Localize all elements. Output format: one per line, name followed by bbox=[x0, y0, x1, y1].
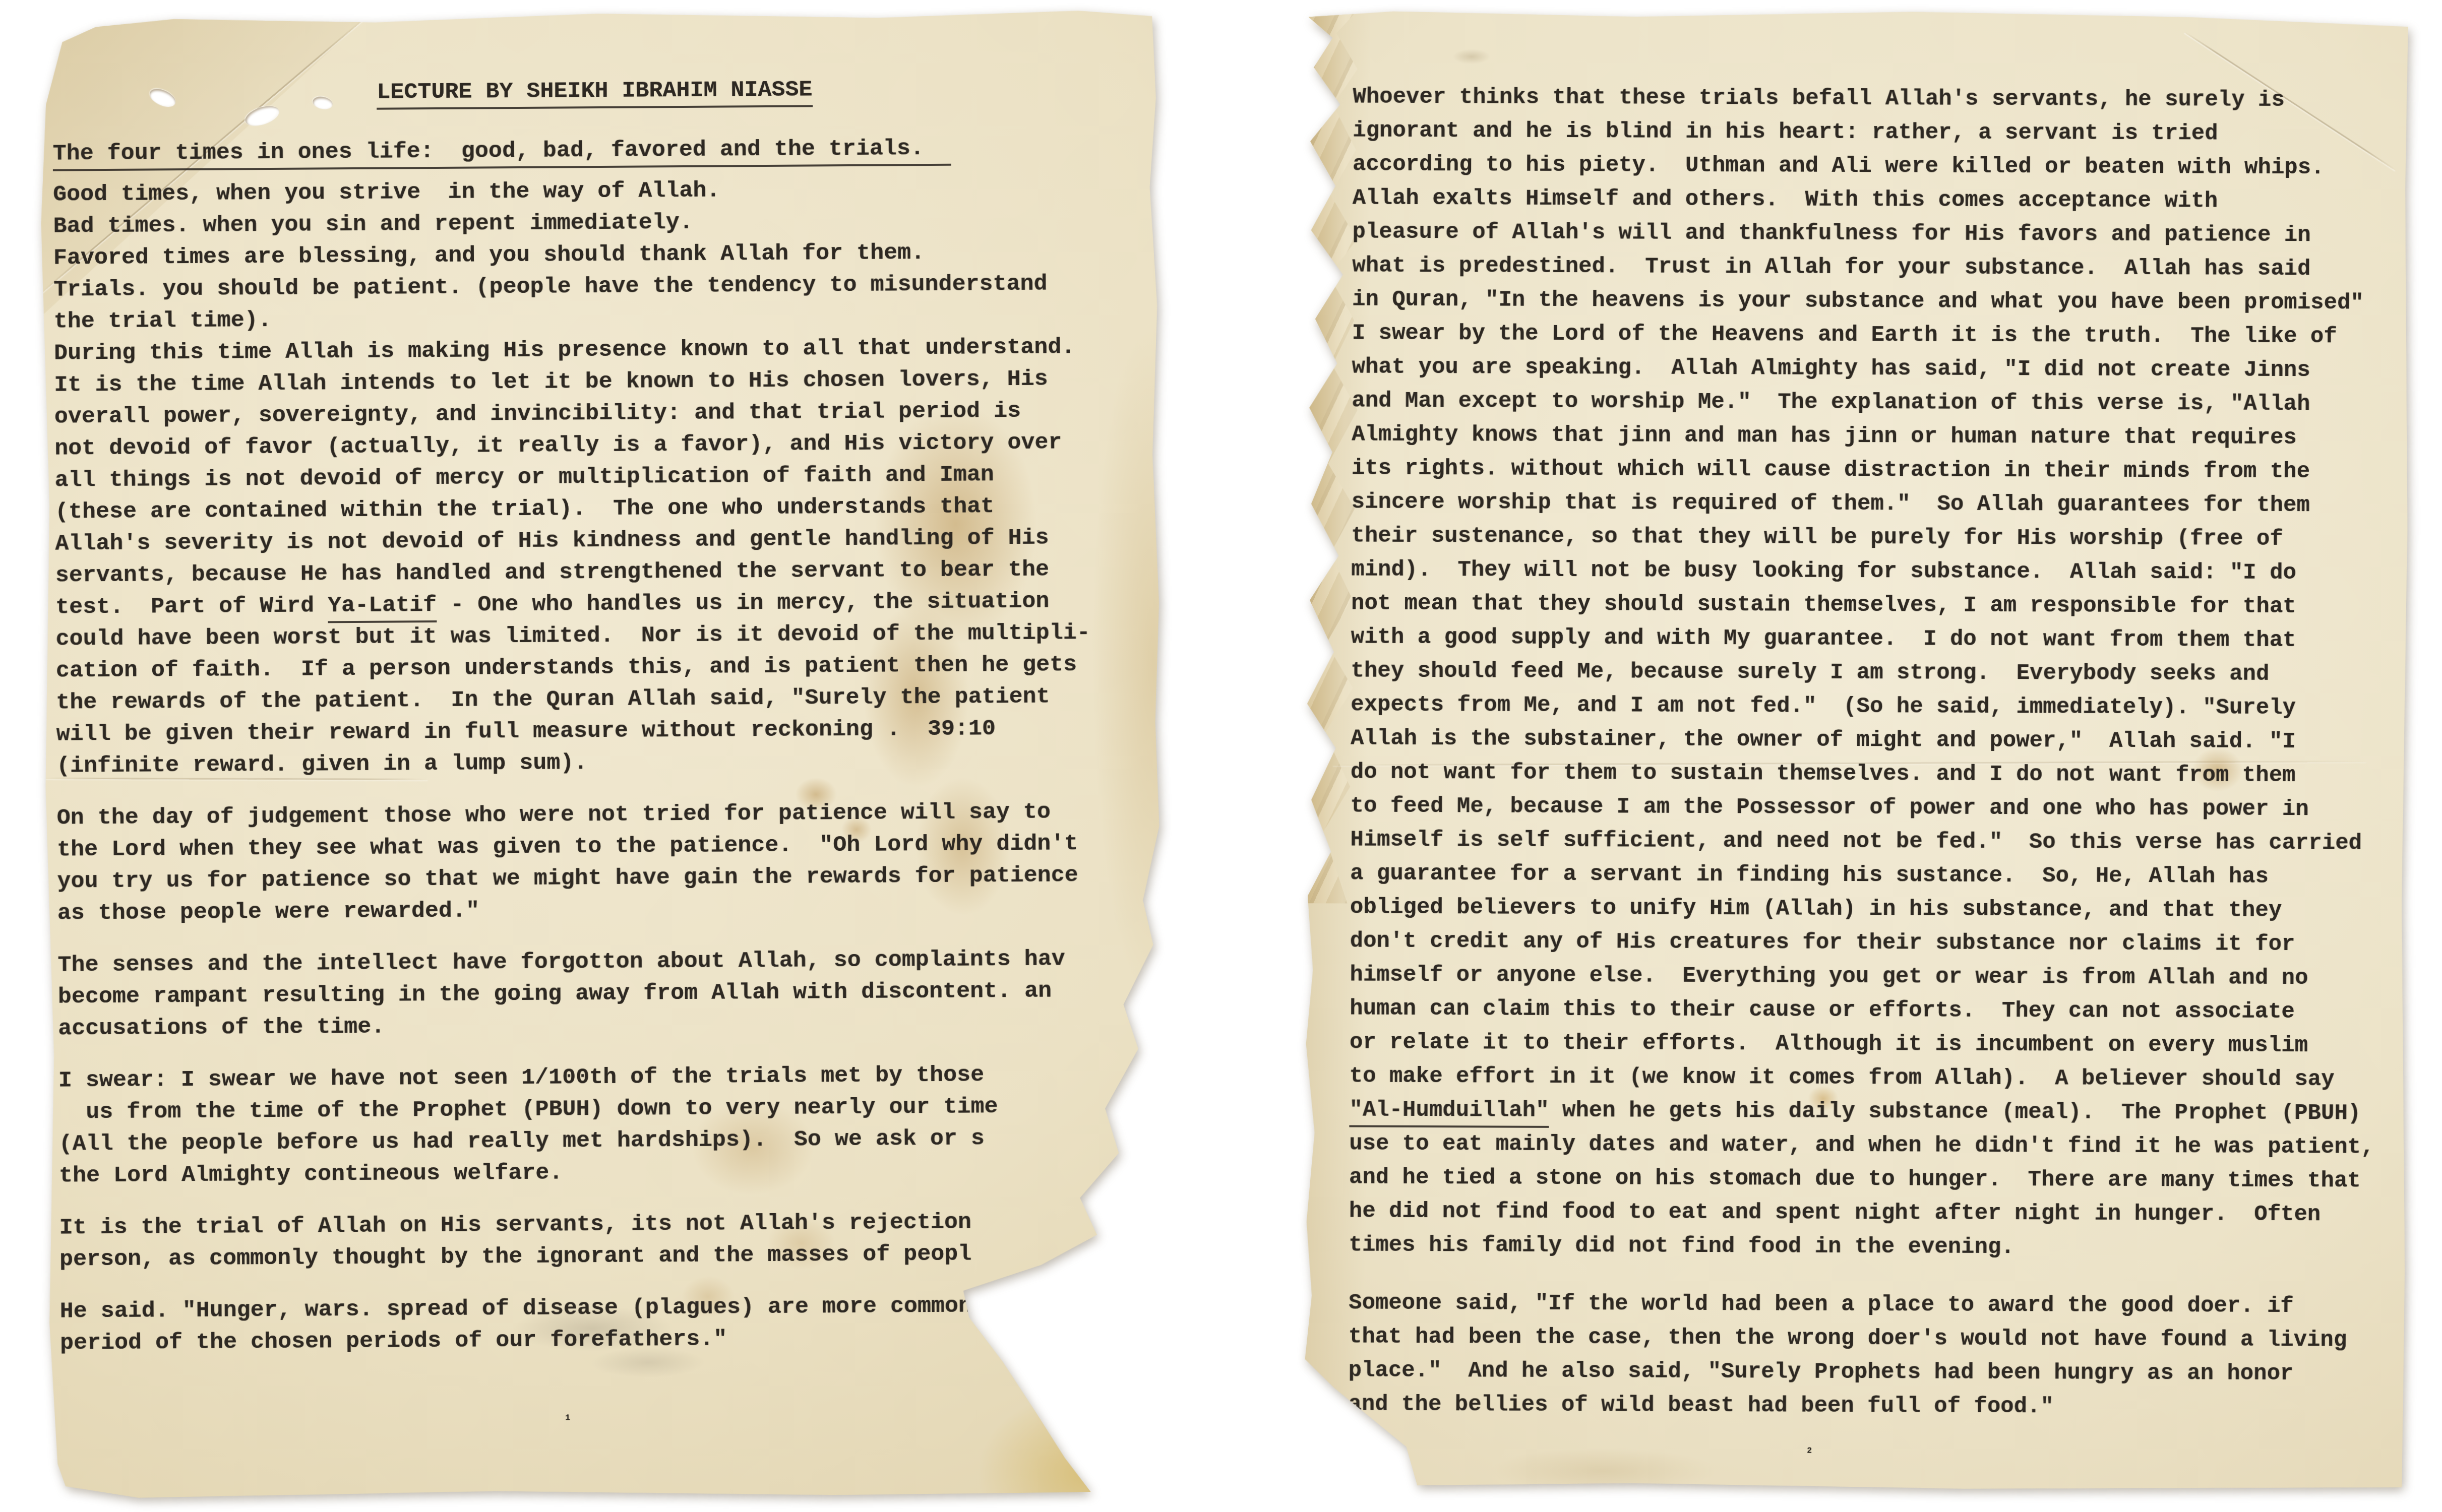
text-line: obliged believers to unify Him (Allah) i… bbox=[1350, 891, 2392, 928]
page-number-1: 1 bbox=[565, 1413, 570, 1422]
text-line: pleasure of Allah's will and thankfulnes… bbox=[1352, 216, 2394, 253]
page-number-2: 2 bbox=[1807, 1446, 1812, 1456]
text-line: times his family did not find food in th… bbox=[1349, 1229, 2391, 1266]
text-line: period of the chosen periods of our fore… bbox=[60, 1320, 1144, 1359]
text-line: Allah is the substainer, the owner of mi… bbox=[1351, 722, 2393, 760]
text-segment: - One who handles us in mercy, the situa… bbox=[437, 589, 1049, 618]
text-line: mind). They will not be busy looking for… bbox=[1351, 553, 2393, 591]
text-line: expects from Me, and I am not fed." (So … bbox=[1351, 688, 2393, 726]
text-line: its rights. without which will cause dis… bbox=[1352, 452, 2394, 489]
text-line: and the bellies of wild beast had been f… bbox=[1348, 1388, 2390, 1425]
text-line: and Man except to worship Me." The expla… bbox=[1352, 385, 2394, 422]
text-line: become rampant resulting in the going aw… bbox=[58, 974, 1142, 1013]
text-line: (All the people before us had really met… bbox=[59, 1121, 1143, 1160]
text-line: and he tied a stone on his stomach due t… bbox=[1349, 1161, 2391, 1199]
text-line: don't credit any of His creatures for th… bbox=[1350, 925, 2392, 962]
text-line: with a good supply and with My guarantee… bbox=[1351, 621, 2393, 658]
text-line: Himself is self sufficient, and need not… bbox=[1350, 824, 2392, 861]
text-line: Allah exalts Himself and others. With th… bbox=[1353, 182, 2395, 219]
underlined-text: "Al-Humduillah" bbox=[1349, 1098, 1549, 1128]
section-heading-text: The four times in ones life: good, bad, … bbox=[53, 136, 952, 171]
document-scan: LECTURE BY SHEIKH IBRAHIM NIASSE The fou… bbox=[0, 0, 2442, 1512]
text-line: according to his piety. Uthman and Ali w… bbox=[1353, 148, 2395, 185]
page-title-text: LECTURE BY SHEIKH IBRAHIM NIASSE bbox=[377, 77, 812, 109]
text-line: you try us for patience so that we might… bbox=[57, 859, 1141, 897]
text-line: human can claim this to their cause or e… bbox=[1350, 992, 2392, 1030]
text-line: Whoever thinks that these trials befall … bbox=[1353, 81, 2395, 118]
text-line: to feed Me, because I am the Possessor o… bbox=[1350, 790, 2392, 827]
page-1-content: LECTURE BY SHEIKH IBRAHIM NIASSE The fou… bbox=[40, 9, 1166, 1501]
text-line: what you are speaking. Allah Almighty ha… bbox=[1352, 351, 2394, 388]
text-line: will be given their reward in full measu… bbox=[56, 712, 1141, 750]
text-segment: test. Part of Wird bbox=[55, 593, 328, 620]
page-2-content: Whoever thinks that these trials befall … bbox=[1300, 8, 2410, 1492]
page-1-body: Good times, when you strive in the way o… bbox=[53, 172, 1144, 1359]
text-line: Trials. you should be patient. (people h… bbox=[53, 267, 1138, 305]
text-line: I swear by the Lord of the Heavens and E… bbox=[1352, 317, 2394, 354]
text-line: Someone said, "If the world had been a p… bbox=[1349, 1286, 2391, 1324]
page-2: Whoever thinks that these trials befall … bbox=[1300, 8, 2410, 1492]
text-line: not mean that they should sustain themse… bbox=[1351, 587, 2393, 624]
text-line: they should feed Me, because surely I am… bbox=[1351, 655, 2393, 692]
text-line: what is predestined. Trust in Allah for … bbox=[1352, 249, 2394, 287]
text-line: he did not find food to eat and spent ni… bbox=[1349, 1195, 2391, 1232]
text-line: place." And he also said, "Surely Prophe… bbox=[1349, 1354, 2391, 1391]
text-line: himself or anyone else. Everything you g… bbox=[1350, 959, 2392, 996]
text-line: ignorant and he is blind in his heart: r… bbox=[1353, 114, 2395, 152]
text-line: to make effort in it (we know it comes f… bbox=[1350, 1060, 2392, 1097]
text-line bbox=[1349, 1262, 2391, 1290]
text-line: sincere worship that is required of them… bbox=[1352, 486, 2394, 523]
page-2-body: Whoever thinks that these trials befall … bbox=[1348, 81, 2395, 1425]
text-line: that had been the case, then the wrong d… bbox=[1349, 1320, 2391, 1357]
underlined-text: Ya-Latif bbox=[328, 592, 437, 623]
text-line: He said. "Hunger, wars. spread of diseas… bbox=[60, 1289, 1144, 1327]
text-line: use to eat mainly dates and water, and w… bbox=[1349, 1127, 2391, 1165]
page-1-paper: LECTURE BY SHEIKH IBRAHIM NIASSE The fou… bbox=[40, 9, 1166, 1501]
text-line: or relate it to their efforts. Although … bbox=[1350, 1026, 2392, 1063]
text-line: a guarantee for a servant in finding his… bbox=[1350, 857, 2392, 895]
page-2-paper: Whoever thinks that these trials befall … bbox=[1300, 8, 2410, 1492]
page-1: LECTURE BY SHEIKH IBRAHIM NIASSE The fou… bbox=[40, 9, 1166, 1501]
text-segment: when he gets his daily substance (meal).… bbox=[1549, 1098, 2361, 1126]
text-line: Almighty knows that jinn and man has jin… bbox=[1352, 418, 2394, 456]
text-line: their sustenance, so that they will be p… bbox=[1351, 520, 2393, 557]
text-line: "Al-Humduillah" when he gets his daily s… bbox=[1349, 1094, 2391, 1131]
text-line: in Quran, "In the heavens is your substa… bbox=[1352, 283, 2394, 321]
text-line: do not want for them to sustain themselv… bbox=[1351, 756, 2393, 793]
